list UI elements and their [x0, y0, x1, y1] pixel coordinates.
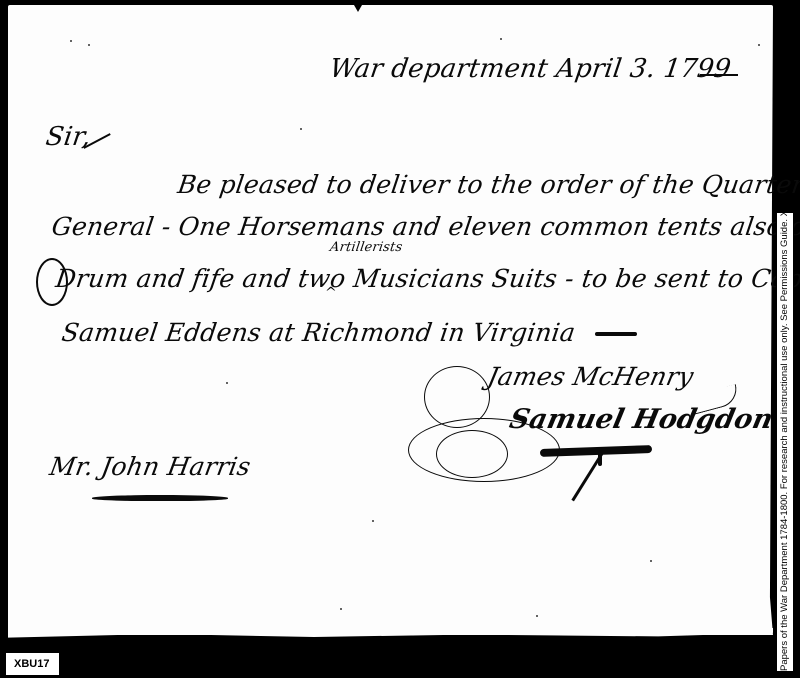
heading-dash — [700, 74, 738, 76]
ink-speck — [650, 560, 652, 562]
archive-side-label: Papers of the War Department 1784-1800. … — [776, 212, 794, 672]
paper-torn-edge — [8, 628, 773, 640]
ink-speck — [758, 44, 760, 46]
addressee: Mr. John Harris — [47, 452, 252, 481]
letter-heading: War department April 3. 1799 — [328, 54, 733, 84]
signature-james-mchenry: James McHenry — [485, 362, 696, 391]
insertion-caret: ^ — [325, 285, 337, 301]
addressee-underline — [92, 495, 228, 501]
line-end-flourish — [595, 332, 637, 336]
ink-speck — [500, 38, 502, 40]
signature-samuel-hodgdon: Samuel Hodgdon — [507, 404, 776, 435]
interlineation: Artillerists — [329, 240, 403, 255]
ink-speck — [88, 44, 90, 46]
body-line-1: Be pleased to deliver to the order of th… — [176, 170, 800, 199]
body-line-3: Drum and fife and two Musicians Suits - … — [54, 264, 800, 293]
scanned-document: War department April 3. 1799 Sir, Be ple… — [0, 0, 800, 678]
ink-speck — [372, 520, 374, 522]
ink-speck — [300, 128, 302, 130]
ink-speck — [536, 615, 538, 617]
signature-flourish — [436, 430, 508, 478]
body-line-2: General - One Horsemans and eleven commo… — [50, 212, 800, 241]
ink-speck — [340, 608, 342, 610]
archive-corner-label: XBU17 — [5, 652, 60, 676]
ink-speck — [226, 382, 228, 384]
fold-notch — [354, 5, 362, 12]
body-line-4: Samuel Eddens at Richmond in Virginia — [60, 318, 577, 347]
ink-speck — [70, 40, 72, 42]
